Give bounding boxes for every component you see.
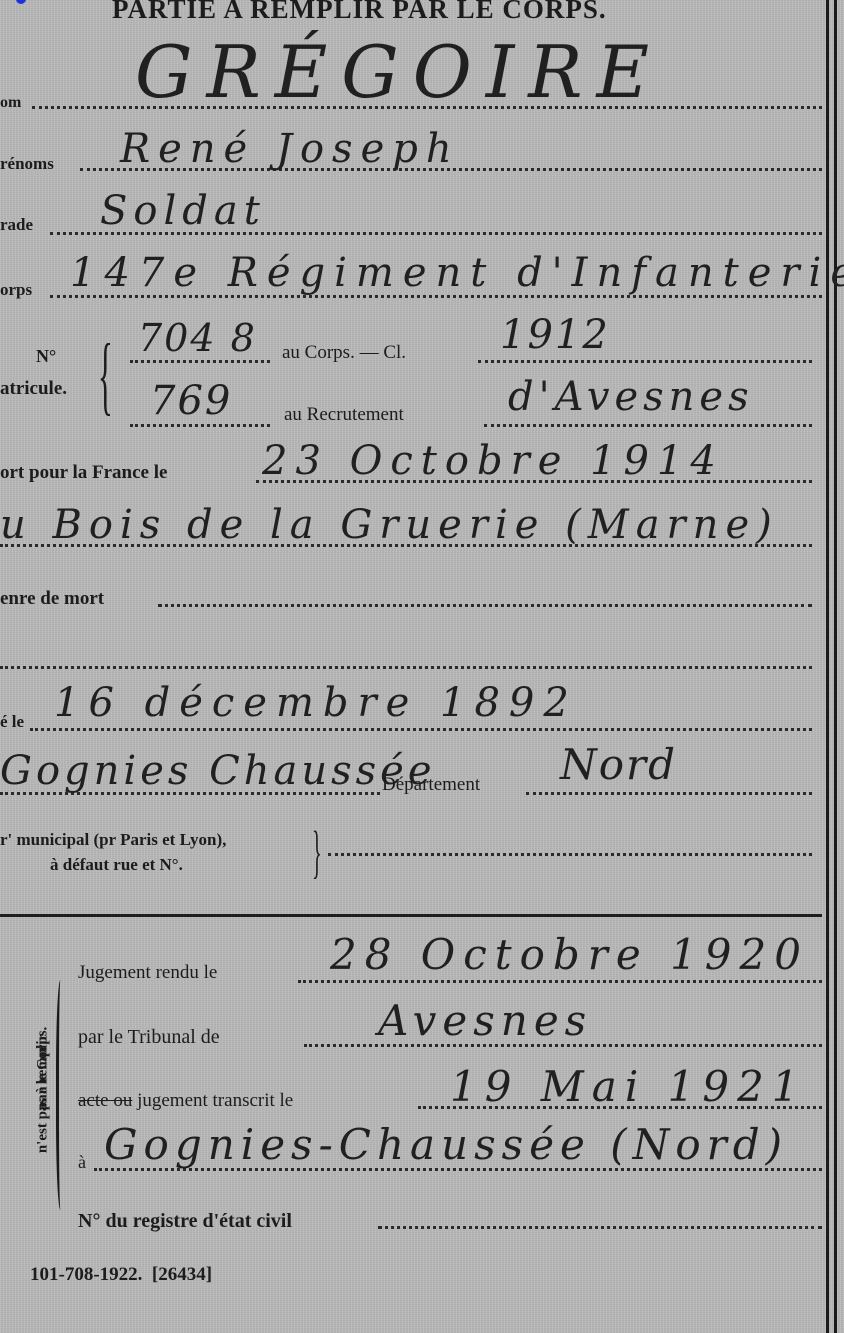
recrutement-place: d'Avesnes: [508, 374, 754, 420]
jugement-brace: [56, 980, 67, 1210]
mort-place-value: u Bois de la Gruerie (Marne): [0, 502, 779, 548]
matricule-label-line2: atricule.: [0, 378, 67, 400]
tribunal-value: Avesnes: [378, 996, 592, 1045]
departement-line: [526, 792, 812, 795]
matricule-recrutement-line: [130, 424, 270, 427]
matricule-corps-label: au Corps. — Cl.: [282, 342, 406, 364]
acte-ou-struck: acte ou: [78, 1090, 132, 1111]
registre-line: [378, 1226, 822, 1229]
tribunal-label: par le Tribunal de: [78, 1026, 220, 1049]
arrondissement-label-line2: à défaut rue et N°.: [50, 855, 183, 875]
matricule-recrutement-value: 769: [150, 378, 232, 424]
section-separator: [0, 914, 822, 917]
mort-label: ort pour la France le: [0, 462, 167, 484]
transcrit-value: 19 Mai 1921: [450, 1062, 807, 1111]
corner-marker-icon: [16, 0, 26, 4]
corps-value: 147e Régiment d'Infanterie: [70, 250, 844, 296]
recrutement-label: au Recrutement: [284, 404, 404, 426]
print-ref-code: 101-708-1922.: [30, 1264, 142, 1285]
jugement-rendu-label: Jugement rendu le: [78, 962, 217, 984]
form-header-title: PARTIE A REMPLIR PAR LE CORPS.: [112, 0, 607, 25]
nom-value: GRÉGOIRE: [135, 30, 663, 114]
jugement-rendu-line: [298, 980, 822, 983]
transcrit-label: jugement transcrit le: [137, 1090, 293, 1111]
arrondissement-line: [328, 853, 812, 856]
grade-value: Soldat: [100, 188, 266, 234]
print-ref-number: [26434]: [152, 1264, 212, 1285]
grade-label: rade: [0, 215, 33, 235]
right-border-outer: [834, 0, 837, 1333]
naissance-date-line: [30, 728, 812, 731]
naissance-place-value: Gognies Chaussée: [0, 748, 435, 794]
blank-line: [0, 666, 812, 669]
right-border-inner: [826, 0, 829, 1333]
matricule-corps-line: [130, 360, 270, 363]
matricule-label-line1: N°: [36, 346, 56, 367]
registre-label: N° du registre d'état civil: [78, 1210, 292, 1233]
naissance-label: é le: [0, 712, 24, 732]
prenoms-label: rénoms: [0, 154, 54, 174]
print-reference: 101-708-1922. [26434]: [30, 1264, 212, 1286]
departement-value: Nord: [560, 740, 677, 789]
matricule-corps-value: 704 8: [138, 316, 257, 360]
matricule-brace: {: [98, 325, 113, 426]
transcrit-struck-label: acte ou jugement transcrit le: [78, 1090, 293, 1112]
arrondissement-label-line1: r' municipal (pr Paris et Lyon),: [0, 830, 226, 850]
prenoms-value: René Joseph: [120, 126, 460, 172]
a-label: à: [78, 1152, 86, 1173]
nom-label: om: [0, 94, 21, 112]
genre-de-mort-line: [158, 604, 812, 607]
classe-value: 1912: [500, 312, 610, 358]
classe-line: [478, 360, 812, 363]
arrondissement-brace: }: [312, 818, 322, 885]
naissance-date-value: 16 décembre 1892: [54, 680, 578, 726]
departement-label: Département: [382, 774, 480, 796]
genre-de-mort-label: enre de mort: [0, 588, 104, 610]
recrutement-line: [484, 424, 812, 427]
mort-date-value: 23 Octobre 1914: [262, 438, 724, 484]
jugement-rendu-value: 28 Octobre 1920: [330, 930, 809, 979]
side-label-line2: par le Corps.: [35, 994, 52, 1144]
corps-label: orps: [0, 280, 32, 300]
a-value: Gognies-Chaussée (Nord): [104, 1120, 788, 1169]
